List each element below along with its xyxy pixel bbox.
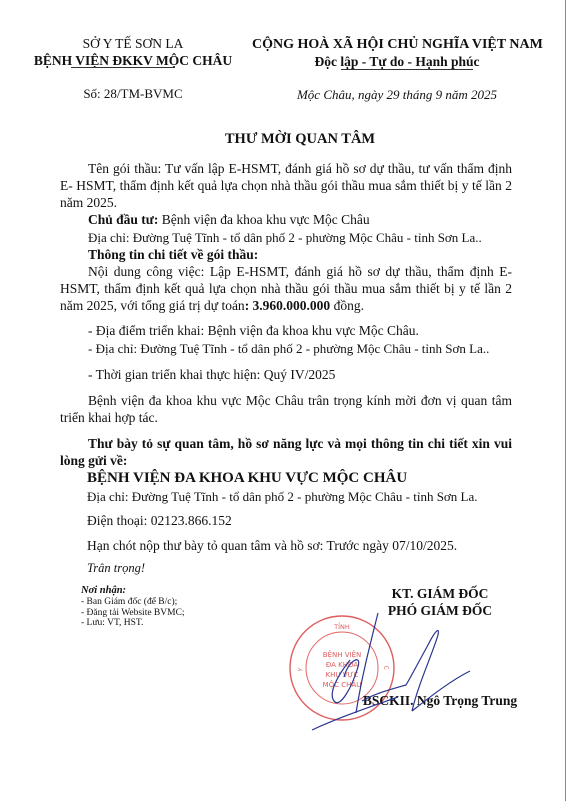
document-title: THƯ MỜI QUAN TÂM — [0, 131, 567, 148]
place-date: Mộc Châu, ngày 29 tháng 9 năm 2025 — [252, 87, 542, 103]
send-to-heading: Thư bày tỏ sự quan tâm, hồ sơ năng lực v… — [60, 435, 512, 469]
investor-address: Địa chỉ: Đường Tuệ Tĩnh - tổ dân phố 2 -… — [88, 229, 482, 246]
estimate-unit: đồng. — [330, 298, 364, 313]
recipients-block: Nơi nhận: - Ban Giám đốc (để B/c); - Đăn… — [81, 584, 185, 629]
closing: Trân trọng! — [87, 560, 145, 577]
investor-line: Chủ đầu tư: Bệnh viện đa khoa khu vực Mộ… — [88, 211, 370, 228]
phone: Điện thoại: 02123.866.152 — [87, 512, 232, 529]
investor-label: Chủ đầu tư: — [88, 212, 158, 227]
header-left-rule — [71, 67, 175, 68]
recipient-item: - Lưu: VT, HST. — [81, 618, 185, 629]
national-motto: Độc lập - Tự do - Hạnh phúc — [252, 53, 542, 70]
details-heading: Thông tin chi tiết về gói thầu: — [88, 246, 258, 263]
investor-value: Bệnh viện đa khoa khu vực Mộc Châu — [158, 212, 369, 227]
recipient-org: BỆNH VIỆN ĐA KHOA KHU VỰC MỘC CHÂU — [87, 469, 407, 487]
location: - Địa điểm triển khai: Bệnh viện đa khoa… — [88, 322, 419, 339]
handwritten-signature — [300, 605, 500, 735]
recipient-item: - Ban Giám đốc (để B/c); — [81, 597, 185, 608]
recipient-address: Địa chỉ: Đường Tuệ Tĩnh - tổ dân phố 2 -… — [87, 488, 478, 505]
work-content: Nội dung công việc: Lập E-HSMT, đánh giá… — [60, 263, 512, 314]
package-name: Tên gói thầu: Tư vấn lập E-HSMT, đánh gi… — [60, 160, 512, 211]
estimate-value: : 3.960.000.000 — [245, 298, 331, 313]
document-number: Số: 28/TM-BVMC — [24, 86, 242, 102]
deadline: Hạn chót nộp thư bày tỏ quan tâm và hồ s… — [87, 537, 457, 554]
header-right: CỘNG HOÀ XÃ HỘI CHỦ NGHĨA VIỆT NAM Độc l… — [252, 36, 542, 103]
signature-title-1: KT. GIÁM ĐỐC — [340, 585, 540, 602]
recipient-item: - Đăng tải Website BVMC; — [81, 608, 185, 619]
invitation: Bệnh viện đa khoa khu vực Mộc Châu trân … — [60, 392, 512, 426]
header-left: SỞ Y TẾ SƠN LA BỆNH VIỆN ĐKKV MỘC CHÂU S… — [24, 36, 242, 102]
header-right-rule — [341, 69, 473, 70]
nation-title: CỘNG HOÀ XÃ HỘI CHỦ NGHĨA VIỆT NAM — [252, 36, 542, 53]
recipients-heading: Nơi nhận: — [81, 584, 185, 597]
timeline: - Thời gian triển khai thực hiện: Quý IV… — [88, 366, 335, 383]
agency-name: SỞ Y TẾ SƠN LA — [24, 36, 242, 52]
location-address: - Địa chỉ: Đường Tuệ Tĩnh - tổ dân phố 2… — [88, 340, 489, 357]
page-edge — [565, 0, 566, 801]
